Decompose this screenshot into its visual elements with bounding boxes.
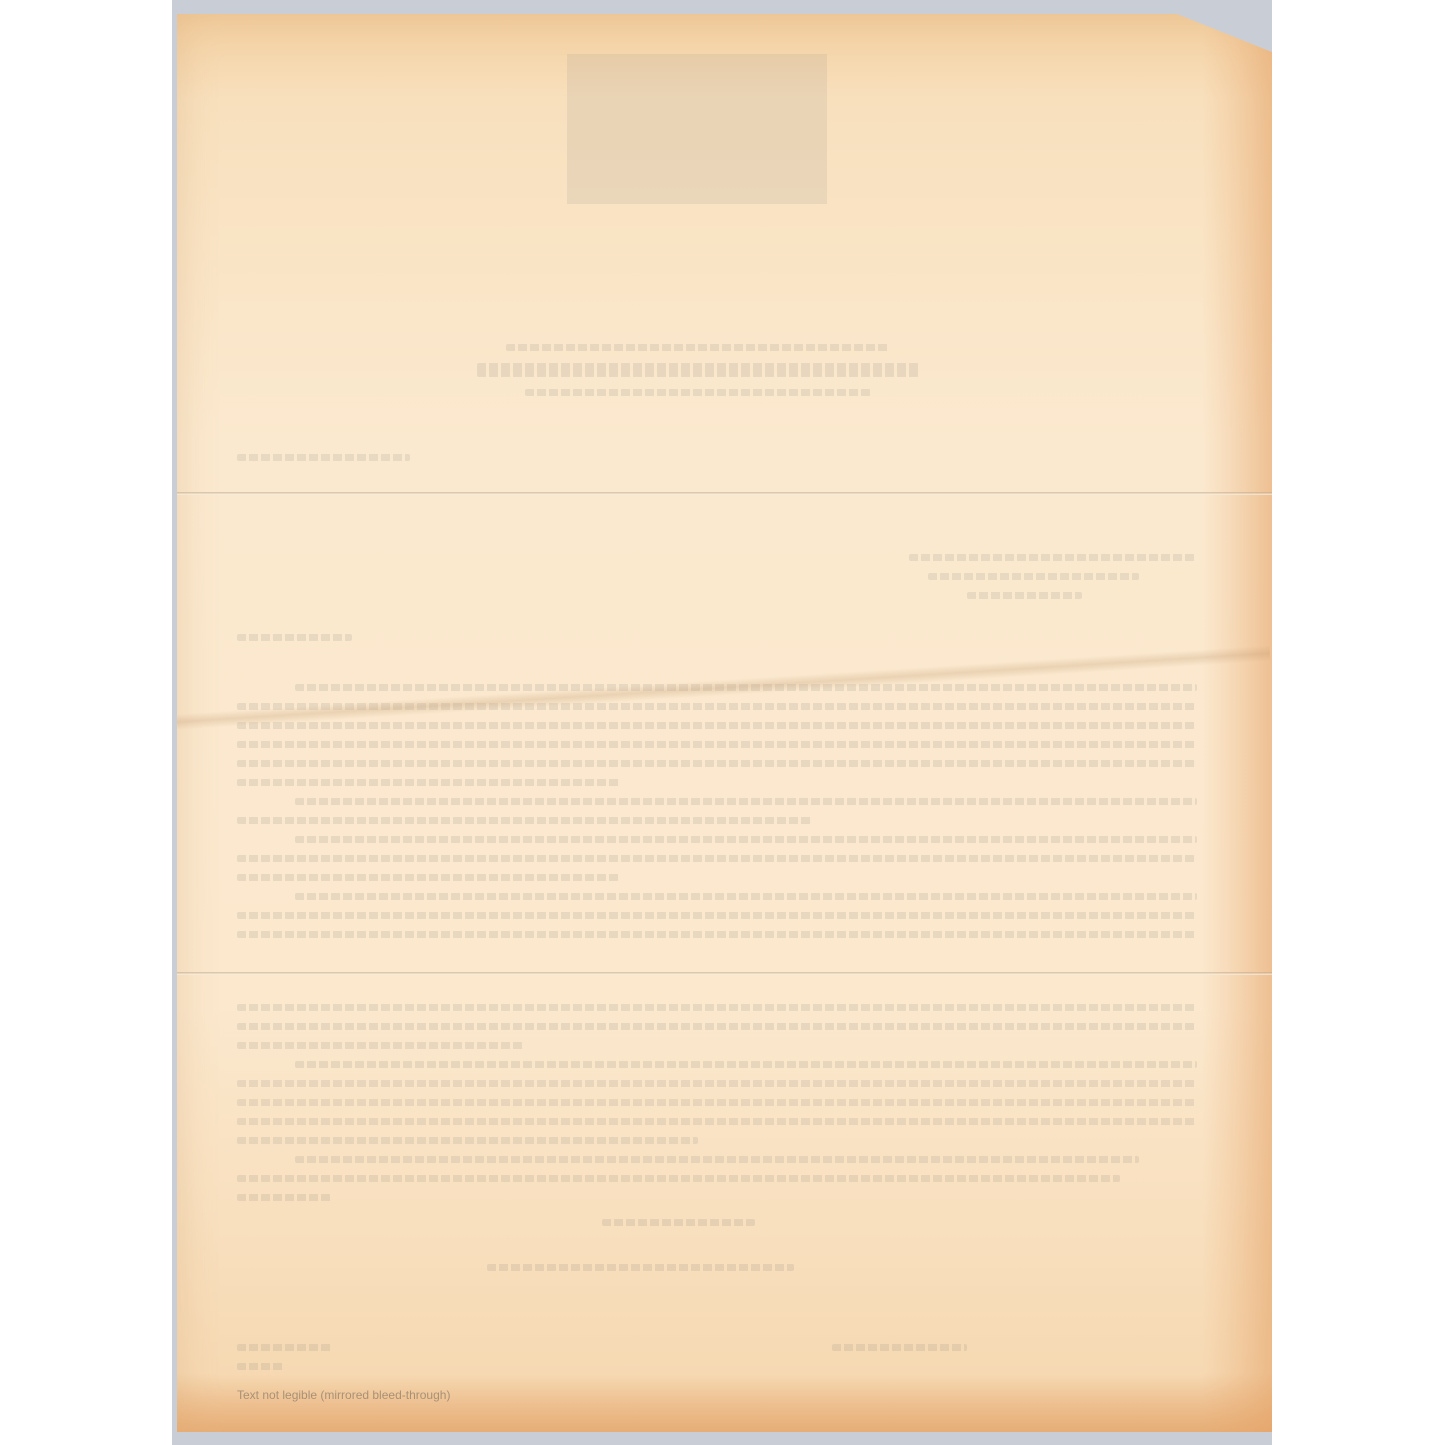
body-text-ghost-lower (237, 1004, 1197, 1213)
letterhead-ghost-lines (237, 344, 1197, 408)
company-signature-ghost (237, 1264, 1197, 1283)
signature-title-ghost (237, 1344, 1197, 1382)
salutation-ghost (237, 634, 1197, 653)
address-block-ghost (237, 554, 1197, 611)
body-text-ghost (237, 684, 1197, 950)
paper-edge-toning-right (1202, 14, 1272, 1432)
closing-ghost (237, 1219, 1197, 1238)
illegible-note: Text not legible (mirrored bleed-through… (237, 1388, 450, 1402)
letter-sheet: Text not legible (mirrored bleed-through… (177, 14, 1272, 1432)
letterhead-logo-ghost (507, 14, 887, 224)
date-line-ghost (237, 454, 1197, 473)
fold-crease-upper (177, 492, 1272, 495)
fold-crease-lower (177, 972, 1272, 975)
